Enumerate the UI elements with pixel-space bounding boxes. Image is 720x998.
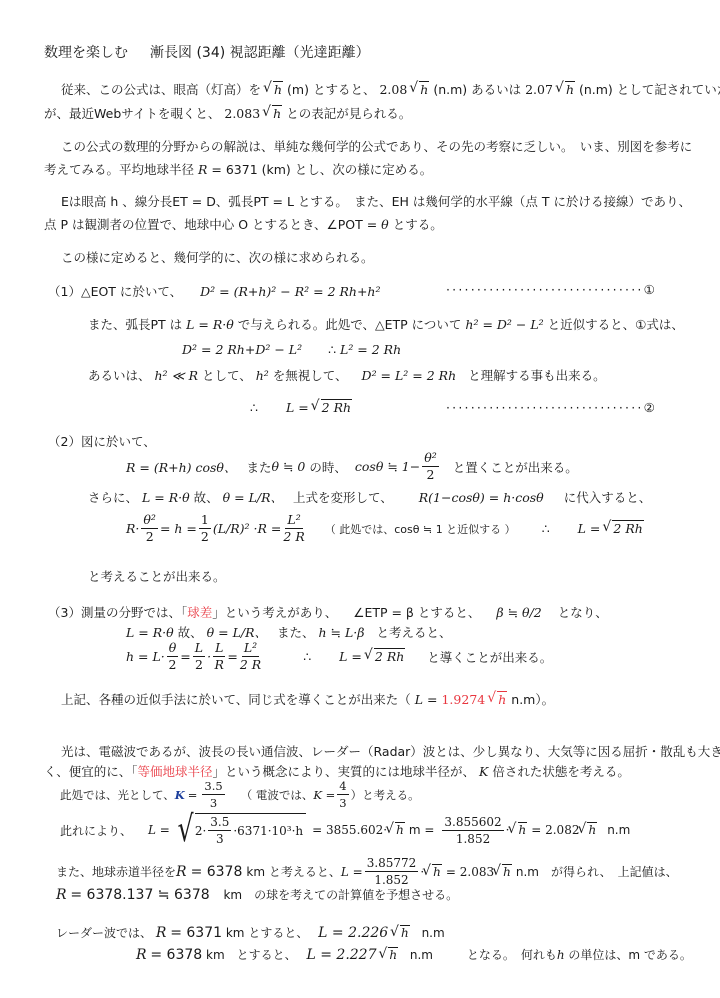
equation: h ≒ L·β xyxy=(318,625,364,640)
text: 上式を変形して、 xyxy=(293,490,393,505)
value-6371: = 6371 xyxy=(170,925,222,941)
value-6378: = 6378 xyxy=(191,864,243,880)
intro-paragraph-2-line-2: 考えてみる。平均地球半径 R = 6371 (km) とし、次の様に定める。 xyxy=(44,160,432,178)
equation: = h = xyxy=(160,521,197,536)
equation-marker-1: ① xyxy=(644,282,657,297)
leader-dots-1: ································① xyxy=(446,282,657,297)
sqrt-h: h xyxy=(387,823,405,837)
sqrt-expression: √ 2· 3.53 ·6371·10³·h xyxy=(174,812,306,848)
section-1-line-4: あるいは、 h² ≪ R として、 h² を無視して、 D² = L² = 2 … xyxy=(88,366,606,384)
k-definition-line: 此処では、光として、 K = 3.53 （ 電波では、 K = 43 ）と考える… xyxy=(60,778,420,811)
equation: L² = 2 Rh xyxy=(340,342,401,357)
value-2-083: = 2.083 xyxy=(446,865,494,879)
therefore-symbol: ∴ xyxy=(250,400,258,415)
section-1-label: （1）△EOT に於いて、 xyxy=(48,284,182,299)
sqrt-h: h xyxy=(411,82,429,97)
text: 従来、この公式は、眼高（灯高）を xyxy=(61,82,261,97)
fraction: 12 xyxy=(199,512,211,545)
sqrt-h: h xyxy=(424,865,442,879)
equation: D² = L² = 2 Rh xyxy=(362,368,457,383)
text: と考えると、 xyxy=(376,625,451,640)
text: と導くことが出来る。 xyxy=(427,648,552,666)
text: km の球を考えての計算値を予想させる。 xyxy=(223,888,458,902)
equation: h² = D² − L² xyxy=(465,317,543,332)
text: レーダー波では、 xyxy=(56,926,152,940)
equation: β ≒ θ/2 xyxy=(496,605,541,620)
calculation-line: 此れにより、 L = √ 2· 3.53 ·6371·10³·h = 3855.… xyxy=(60,812,630,848)
highlight-equivalent-radius: 等価地球半径 xyxy=(138,764,213,779)
text: （ 電波では、 xyxy=(241,787,314,803)
intro-paragraph-1-line-2: が、最近Webサイトを覗くと、 2.083 h との表記が見られる。 xyxy=(44,104,411,122)
text: 此れにより、 xyxy=(60,822,132,839)
text: 此処では、光として、 xyxy=(60,787,175,803)
text: km と考えると、 xyxy=(246,863,340,880)
text: 倍された状態を考える。 xyxy=(492,764,630,779)
text: n.m が得られ、 上記値は、 xyxy=(516,863,678,880)
text: で与えられる。此処で、△ETP について xyxy=(238,317,462,332)
equation: h² ≪ R xyxy=(155,368,199,383)
equation: L = R·θ xyxy=(186,317,234,332)
fraction: θ²2 xyxy=(141,512,158,545)
text: あるいは、 xyxy=(88,368,151,383)
equation-lhs: L = xyxy=(286,400,309,415)
text: ）と考える。 xyxy=(351,787,420,803)
section-2-conclusion: と考えることが出来る。 xyxy=(88,567,226,585)
var-K: K xyxy=(479,764,488,779)
equation-lhs: L = xyxy=(578,521,601,536)
section-1-line-1: （1）△EOT に於いて、 D² = (R+h)² − R² = 2 Rh+h² xyxy=(48,282,381,300)
equation: L = R·θ xyxy=(126,625,174,640)
equation-lhs: L = xyxy=(148,823,170,837)
fraction-theta-sq-over-2: θ²2 xyxy=(422,450,439,483)
unit: m = xyxy=(409,823,435,837)
section-2-line-2: さらに、 L = R·θ 故、 θ = L/R、 上式を変形して、 R(1−co… xyxy=(88,488,651,506)
fraction: L²2 R xyxy=(240,640,261,673)
text: とする。 xyxy=(393,217,443,232)
equation: θ ≒ 0 xyxy=(271,459,305,474)
text: km とすると、 xyxy=(226,926,308,940)
section-2-line-3: R· θ²2 = h = 12 (L/R)² ·R = L²2 R （ 此処では… xyxy=(126,512,644,545)
text: 考えてみる。平均地球半径 xyxy=(44,162,194,177)
fraction: 3.857721.852 xyxy=(365,855,419,888)
text: とすると、 xyxy=(418,605,481,620)
section-3-line-2: L = R·θ 故、 θ = L/R、 また、 h ≒ L·β と考えると、 xyxy=(126,623,451,641)
section-1-result: ∴ L = 2 Rh xyxy=(250,400,352,415)
approximation-note: （ 此処では、cosθ ≒ 1 と近似する ） xyxy=(325,521,516,537)
text: （3）測量の分野では、「 xyxy=(48,605,187,620)
equation: ∠ETP = β xyxy=(353,605,414,620)
fraction-nm-conversion: 3.8556021.852 xyxy=(442,814,503,847)
fraction: θ2 xyxy=(167,640,179,673)
equation: θ = L/R、 xyxy=(207,625,267,640)
equation: h² xyxy=(256,368,269,383)
summary-line: 上記、各種の近似手法に於いて、同じ式を導くことが出来た（ L = 1.9274 … xyxy=(61,690,554,708)
intro-paragraph-4: この様に定めると、幾何学的に、次の様に求められる。 xyxy=(61,248,374,266)
equation: D² = 2 Rh+D² − L² xyxy=(182,342,302,357)
value-3855-602: = 3855.602· xyxy=(312,823,387,837)
value-6378: = 6378 xyxy=(150,947,202,963)
equation-lhs: L = xyxy=(339,649,362,664)
section-3-line-1: （3）測量の分野では、「球差」という考えがあり、 ∠ETP = β とすると、 … xyxy=(48,603,608,621)
therefore-symbol: ∴ xyxy=(542,521,550,536)
value-2-227: L = 2.227 xyxy=(306,947,376,963)
radar-line-1: レーダー波では、 R = 6371 km とすると、 L = 2.226 h n… xyxy=(56,924,445,941)
text: km とすると、 xyxy=(206,948,297,962)
text: = 6371 (km) とし、次の様に定める。 xyxy=(211,162,432,177)
fraction-3-5-over-3: 3.53 xyxy=(202,778,224,811)
text: に代入すると、 xyxy=(564,490,652,505)
equation-marker-2: ② xyxy=(644,400,657,415)
fraction: LR xyxy=(213,640,225,673)
sqrt-h: h xyxy=(494,865,512,879)
fraction-4-over-3: 43 xyxy=(337,778,348,811)
text: となり、 xyxy=(558,605,608,620)
sqrt-h: h xyxy=(380,948,398,962)
text: また、地球赤道半径を xyxy=(56,863,176,880)
equation: (L/R)² xyxy=(213,521,250,536)
text: さらに、 xyxy=(88,490,138,505)
text: (m) とすると、 xyxy=(287,82,375,97)
text: が、最近Webサイトを覗くと、 xyxy=(44,106,220,121)
equation: L = R·θ xyxy=(142,490,190,505)
section-3-line-3: h = L· θ2 = L2 · LR = L²2 R ∴ L = 2 Rh と… xyxy=(126,640,552,673)
series-label: 数理を楽しむ xyxy=(44,42,128,62)
fraction: L²2 R xyxy=(283,512,304,545)
value-2-08: 2.08 xyxy=(379,82,407,97)
unit: n.m）。 xyxy=(511,692,554,707)
equation: θ = L/R、 xyxy=(223,490,283,505)
text: (n.m) として記されていた xyxy=(579,82,720,97)
text: 上記、各種の近似手法に於いて、同じ式を導くことが出来た（ xyxy=(61,692,411,707)
section-1-line-2: また、弧長PT は L = R·θ で与えられる。此処で、△ETP について h… xyxy=(88,315,684,333)
text: 」という考えがあり、 xyxy=(212,605,337,620)
dots: ································ xyxy=(446,400,644,415)
text: を無視して、 xyxy=(273,368,348,383)
equatorial-line-1: また、地球赤道半径を R = 6378 km と考えると、 L = 3.8577… xyxy=(56,855,678,888)
page-title: 漸長図 (34) 視認距離（光達距離） xyxy=(150,42,370,62)
equation-lhs: L = xyxy=(341,865,363,879)
unit: n.m xyxy=(607,823,630,837)
equatorial-line-2: R = 6378.137 ≒ 6378 km の球を考えての計算値を予想させる。 xyxy=(56,886,458,903)
equation: R = (R+h) cosθ、 xyxy=(126,458,236,476)
sqrt-h: h xyxy=(557,82,575,97)
text: の時、 xyxy=(309,458,347,476)
equation: cosθ ≒ 1− xyxy=(355,459,420,474)
text: となる。 何れも xyxy=(467,948,557,962)
text: 」という概念により、実質的には地球半径が、 xyxy=(213,764,476,779)
fraction: L2 xyxy=(193,640,205,673)
section-1-line-3: D² = 2 Rh+D² − L² ∴ L² = 2 Rh xyxy=(182,342,401,357)
var-K-highlight: K xyxy=(175,788,185,802)
text: また xyxy=(246,458,271,476)
value-2-226: L = 2.226 xyxy=(318,925,388,941)
intro-paragraph-3-line-2: 点 P は観測者の位置で、地球中心 O とするとき、∠POT = θ とする。 xyxy=(44,215,443,233)
text: として、 xyxy=(202,368,252,383)
value-2-07: 2.07 xyxy=(525,82,553,97)
light-paragraph-line-1: 光は、電磁波であるが、波長の長い通信波、レーダー（Radar）波とは、少し異なり… xyxy=(61,742,720,760)
equation-d-squared: D² = (R+h)² − R² = 2 Rh+h² xyxy=(200,284,380,299)
sqrt-h: h xyxy=(392,926,410,940)
therefore-symbol: ∴ xyxy=(303,649,311,664)
section-2-label: （2）図に於いて、 xyxy=(48,432,156,450)
unit: n.m xyxy=(422,926,445,940)
value-2-083: 2.083 xyxy=(224,106,260,121)
sqrt-h: h xyxy=(579,823,597,837)
var-h: h xyxy=(557,948,565,962)
text: く、便宜的に、「 xyxy=(44,764,138,779)
var-R: R xyxy=(198,162,207,177)
text: と理解する事も出来る。 xyxy=(468,368,606,383)
section-2-line-1: R = (R+h) cosθ、 また θ ≒ 0 の時、 cosθ ≒ 1− θ… xyxy=(126,450,578,483)
var-theta: θ xyxy=(381,217,389,232)
equation-lhs: L = xyxy=(415,692,438,707)
dots: ································ xyxy=(446,282,644,297)
text: 故、 xyxy=(178,625,203,640)
text: 故、 xyxy=(194,490,219,505)
text: と置くことが出来る。 xyxy=(453,458,578,476)
intro-paragraph-3-line-1: Eは眼高 h 、線分長ET = D、弧長PT = L とする。 また、EH は幾… xyxy=(61,192,691,210)
sqrt-2rh: 2 Rh xyxy=(313,400,352,415)
intro-paragraph-2-line-1: この公式の数理的分野からの解説は、単純な幾何学的公式であり、その先の考察に乏しい… xyxy=(61,137,692,155)
highlight-kyusa: 球差 xyxy=(187,605,212,620)
text: との表記が見られる。 xyxy=(286,106,411,121)
equation: h = L· xyxy=(126,649,165,664)
equation: ·R = xyxy=(254,521,282,536)
intro-paragraph-1-line-1: 従来、この公式は、眼高（灯高）を h (m) とすると、 2.08 h (n.m… xyxy=(61,80,720,98)
equation: R(1−cosθ) = h·cosθ xyxy=(419,490,544,505)
text: の単位は、m である。 xyxy=(568,948,692,962)
therefore-symbol: ∴ xyxy=(328,342,336,357)
sqrt-h: h xyxy=(264,106,282,121)
sqrt-h: h xyxy=(510,823,528,837)
radar-line-2: R = 6378 km とすると、 L = 2.227 h n.m となる。 何… xyxy=(136,946,692,963)
sqrt-h: h xyxy=(265,82,283,97)
highlight-coefficient: 1.9274 xyxy=(441,692,485,707)
sqrt-2rh: 2 Rh xyxy=(366,649,405,664)
text: と近似すると、①式は、 xyxy=(548,317,684,332)
text: 点 P は観測者の位置で、地球中心 O とするとき、∠POT = xyxy=(44,217,377,232)
leader-dots-2: ································② xyxy=(446,400,657,415)
value-2-082: = 2.082 xyxy=(531,823,579,837)
text: また、弧長PT は xyxy=(88,317,182,332)
unit: n.m xyxy=(410,948,433,962)
equation: R· xyxy=(126,521,139,536)
value-6378-137: = 6378.137 ≒ 6378 xyxy=(70,887,209,903)
sqrt-h: h xyxy=(489,692,507,707)
text: (n.m) あるいは xyxy=(433,82,521,97)
sqrt-2rh: 2 Rh xyxy=(604,521,643,536)
text: また、 xyxy=(277,625,315,640)
